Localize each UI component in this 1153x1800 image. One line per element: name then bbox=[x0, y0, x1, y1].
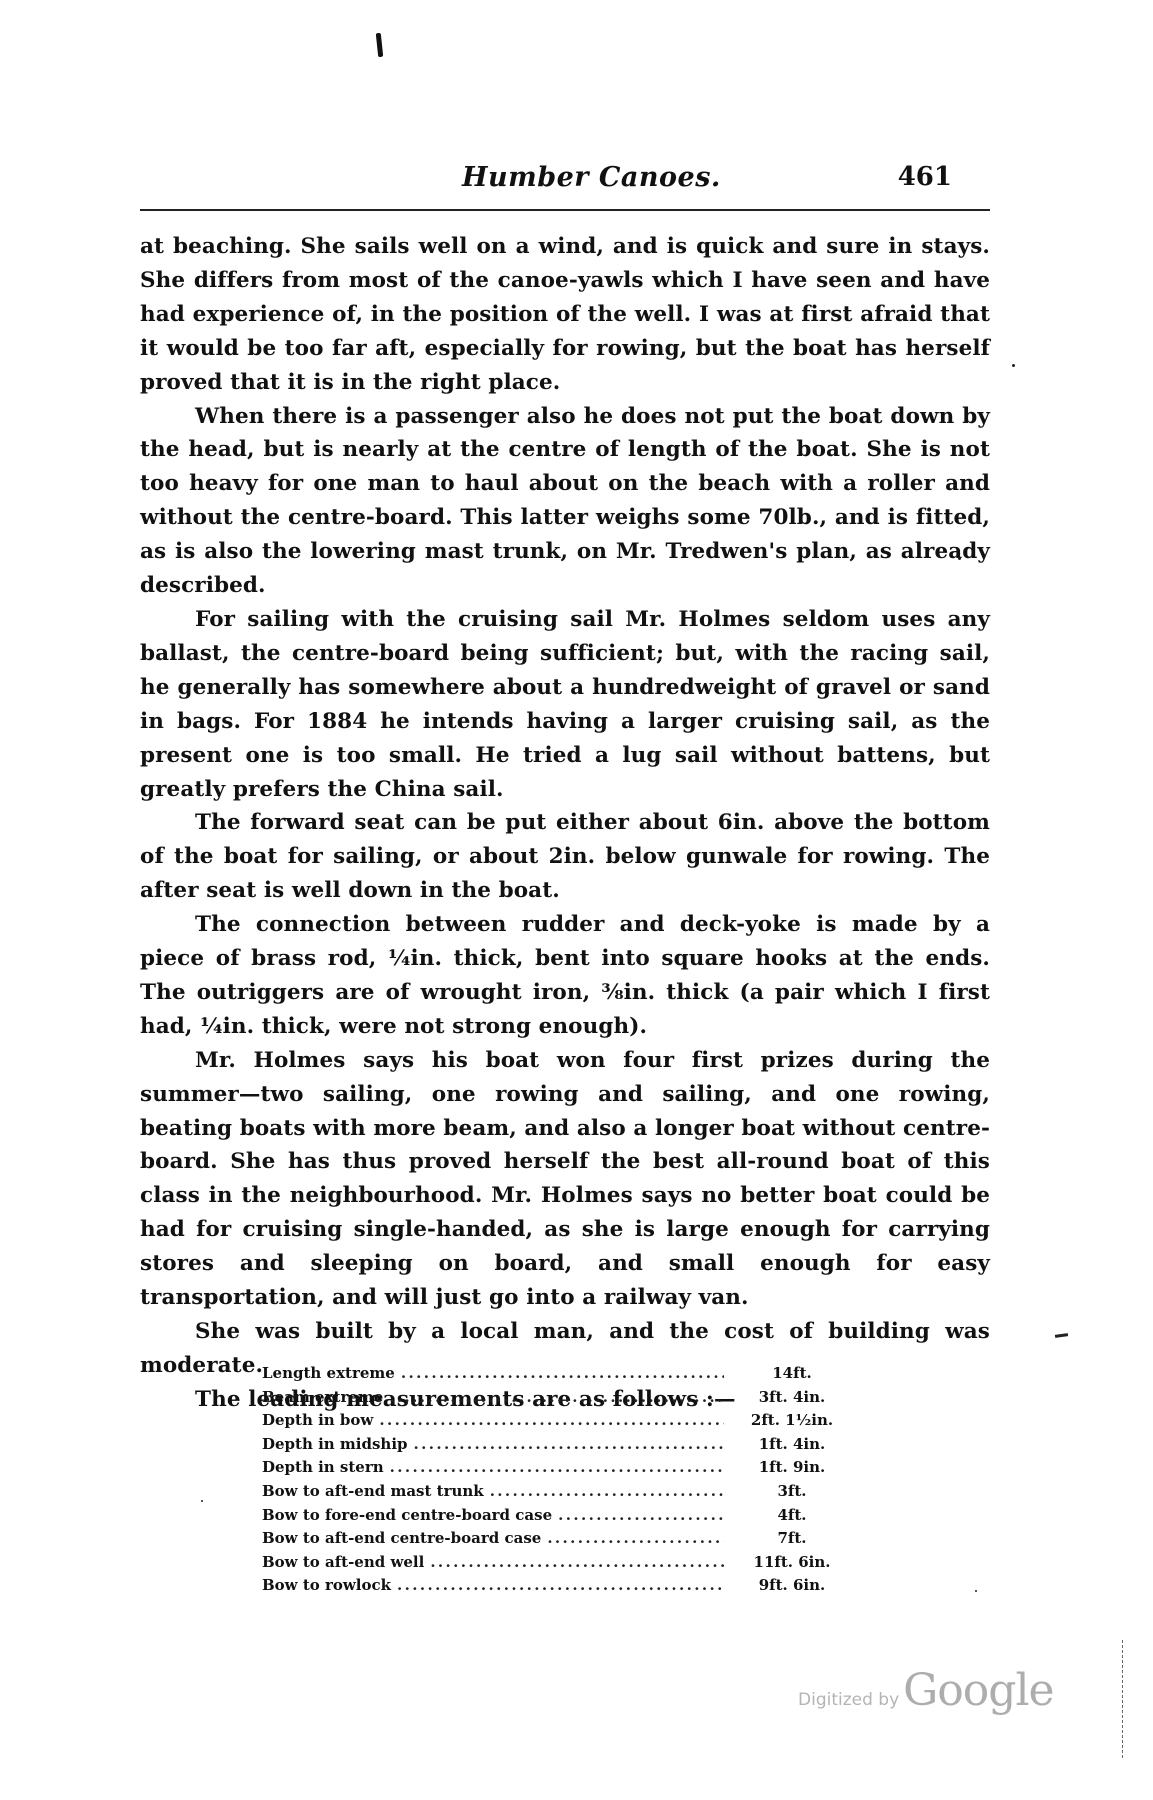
scan-artifact-dash bbox=[1055, 1333, 1068, 1338]
measurement-label: Beam extreme bbox=[262, 1386, 389, 1410]
measurement-row: Depth in midship 1ft. 4in. bbox=[262, 1433, 862, 1457]
dot-leader bbox=[414, 1433, 724, 1457]
measurement-row: Depth in bow 2ft. 1½in. bbox=[262, 1409, 862, 1433]
scan-speck bbox=[1012, 364, 1015, 367]
paragraph: at beaching. She sails well on a wind, a… bbox=[140, 230, 990, 400]
paragraph: The forward seat can be put either about… bbox=[140, 806, 990, 908]
digitized-watermark: Digitized by Google bbox=[798, 1665, 1054, 1716]
dot-leader bbox=[490, 1480, 724, 1504]
measurement-row: Length extreme 14ft. bbox=[262, 1362, 862, 1386]
book-page: Humber Canoes. 461 at beaching. She sail… bbox=[0, 0, 1153, 1800]
measurement-label: Depth in stern bbox=[262, 1456, 390, 1480]
google-logo: Google bbox=[903, 1665, 1053, 1716]
running-header: Humber Canoes. 461 bbox=[140, 158, 990, 206]
page-number: 461 bbox=[898, 162, 952, 192]
paragraph: The connection between rudder and deck-y… bbox=[140, 908, 990, 1044]
dot-leader bbox=[389, 1386, 724, 1410]
measurement-label: Bow to rowlock bbox=[262, 1574, 397, 1598]
paragraph: For sailing with the cruising sail Mr. H… bbox=[140, 603, 990, 806]
measurement-value: 1ft. 9in. bbox=[724, 1456, 852, 1480]
watermark-prefix: Digitized by bbox=[798, 1690, 899, 1710]
dot-leader bbox=[401, 1362, 724, 1386]
dot-leader bbox=[558, 1504, 724, 1528]
measurement-value: 4ft. bbox=[724, 1504, 852, 1528]
body-text: at beaching. She sails well on a wind, a… bbox=[140, 230, 990, 1417]
measurement-value: 7ft. bbox=[724, 1527, 852, 1551]
measurement-row: Bow to rowlock 9ft. 6in. bbox=[262, 1574, 862, 1598]
measurement-value: 9ft. 6in. bbox=[724, 1574, 852, 1598]
measurement-label: Depth in midship bbox=[262, 1433, 414, 1457]
scan-artifact-mark bbox=[376, 33, 383, 57]
page-edge-line bbox=[1122, 1640, 1123, 1760]
measurement-row: Bow to fore-end centre-board case 4ft. bbox=[262, 1504, 862, 1528]
measurement-row: Bow to aft-end mast trunk 3ft. bbox=[262, 1480, 862, 1504]
paragraph: Mr. Holmes says his boat won four first … bbox=[140, 1044, 990, 1315]
measurement-label: Bow to aft-end centre-board case bbox=[262, 1527, 547, 1551]
measurement-row: Beam extreme 3ft. 4in. bbox=[262, 1386, 862, 1410]
measurement-label: Depth in bow bbox=[262, 1409, 379, 1433]
scan-speck bbox=[201, 1500, 203, 1502]
measurement-value: 11ft. 6in. bbox=[724, 1551, 852, 1575]
measurement-value: 1ft. 4in. bbox=[724, 1433, 852, 1457]
measurement-value: 14ft. bbox=[724, 1362, 852, 1386]
dot-leader bbox=[379, 1409, 724, 1433]
measurement-row: Bow to aft-end well 11ft. 6in. bbox=[262, 1551, 862, 1575]
scan-speck bbox=[975, 1590, 977, 1592]
dot-leader bbox=[547, 1527, 724, 1551]
measurement-value: 3ft. 4in. bbox=[724, 1386, 852, 1410]
running-title: Humber Canoes. bbox=[462, 162, 721, 193]
measurement-value: 2ft. 1½in. bbox=[724, 1409, 852, 1433]
scan-speck bbox=[958, 557, 961, 560]
measurement-row: Depth in stern 1ft. 9in. bbox=[262, 1456, 862, 1480]
measurement-value: 3ft. bbox=[724, 1480, 852, 1504]
dot-leader bbox=[397, 1574, 724, 1598]
measurement-row: Bow to aft-end centre-board case 7ft. bbox=[262, 1527, 862, 1551]
measurement-label: Bow to fore-end centre-board case bbox=[262, 1504, 558, 1528]
measurements-table: Length extreme 14ft. Beam extreme 3ft. 4… bbox=[262, 1362, 862, 1598]
dot-leader bbox=[390, 1456, 724, 1480]
header-rule bbox=[140, 209, 990, 211]
dot-leader bbox=[430, 1551, 724, 1575]
measurement-label: Length extreme bbox=[262, 1362, 401, 1386]
paragraph: When there is a passenger also he does n… bbox=[140, 400, 990, 603]
measurement-label: Bow to aft-end mast trunk bbox=[262, 1480, 490, 1504]
measurement-label: Bow to aft-end well bbox=[262, 1551, 430, 1575]
